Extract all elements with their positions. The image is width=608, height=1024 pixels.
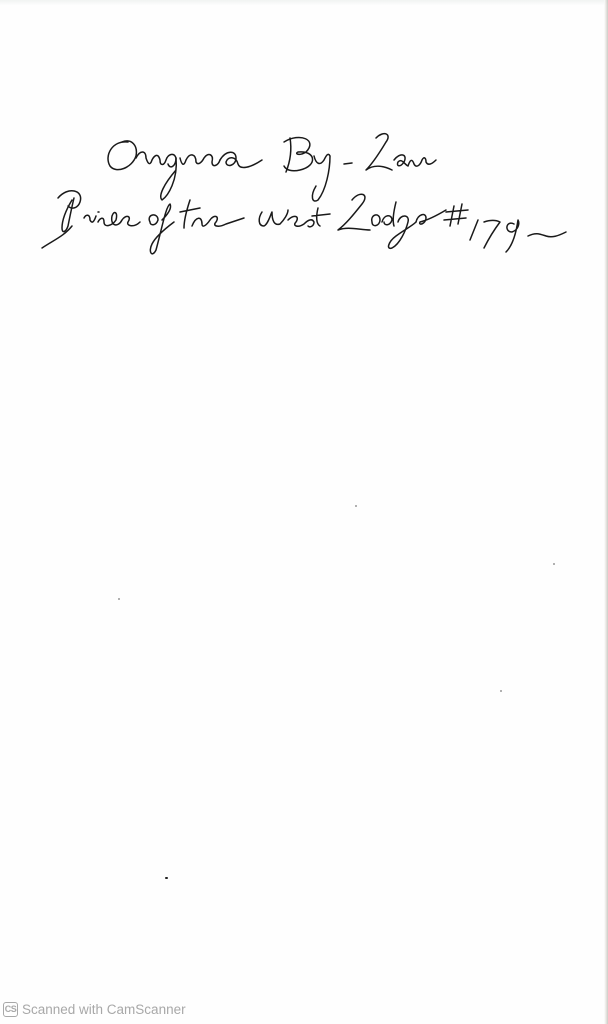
scan-speck xyxy=(500,690,502,692)
scanned-page: Original By-Laws Pride of the West Lodge… xyxy=(0,0,608,1024)
scan-speck xyxy=(118,598,120,600)
handwriting-line-2 xyxy=(42,191,566,254)
camscanner-logo-icon: CS xyxy=(3,1002,18,1017)
scan-speck xyxy=(553,563,555,565)
handwriting-strokes xyxy=(0,0,608,300)
watermark-text: Scanned with CamScanner xyxy=(22,1002,186,1017)
handwritten-title xyxy=(0,0,608,300)
scan-speck xyxy=(355,505,357,507)
camscanner-watermark: CS Scanned with CamScanner xyxy=(3,1000,186,1018)
handwriting-line-1 xyxy=(108,134,436,201)
scan-speck xyxy=(165,877,168,879)
